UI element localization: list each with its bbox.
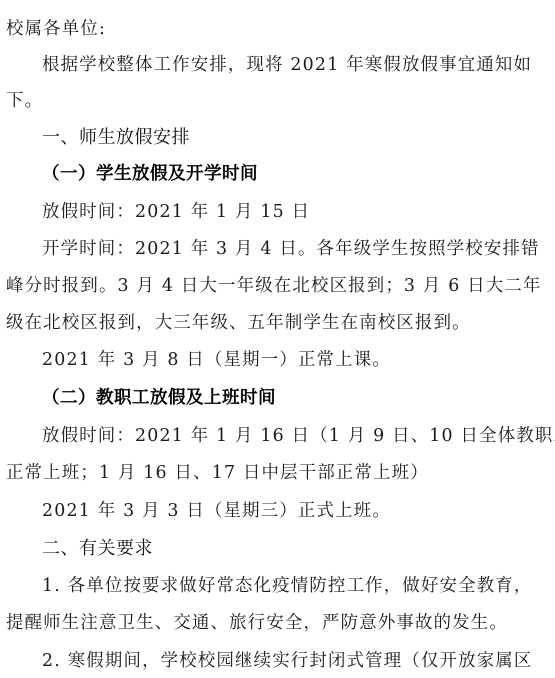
- classes-resume-date: 2021 年 3 月 8 日（星期一）正常上课。: [42, 349, 391, 371]
- student-start-line-3: 级在北校区报到，大三年级、五年制学生在南校区报到。: [6, 312, 471, 334]
- staff-work-date: 2021 年 3 月 3 日（星期三）正式上班。: [42, 500, 391, 522]
- student-start-line-1: 开学时间：2021 年 3 月 4 日。各年级学生按照学校安排错: [42, 238, 540, 260]
- intro-paragraph-line-1: 根据学校整体工作安排，现将 2021 年寒假放假事宜通知如: [42, 54, 532, 76]
- student-holiday-date: 放假时间：2021 年 1 月 15 日: [42, 201, 310, 223]
- section-1-heading: 一、师生放假安排: [42, 127, 190, 149]
- staff-holiday-line-1: 放假时间：2021 年 1 月 16 日（1 月 9 日、10 日全体教职工: [42, 425, 555, 447]
- intro-paragraph-line-2: 下。: [6, 90, 43, 112]
- subsection-1-heading: （一）学生放假及开学时间: [42, 163, 258, 185]
- requirement-1-line-1: 1. 各单位按要求做好常态化疫情防控工作，做好安全教育，: [42, 575, 533, 597]
- requirement-1-line-2: 提醒师生注意卫生、交通、旅行安全，严防意外事故的发生。: [6, 612, 508, 634]
- staff-holiday-line-2: 正常上班；1 月 16 日、17 日中层干部正常上班）: [6, 462, 429, 484]
- student-start-line-2: 峰分时报到。3 月 4 日大一年级在北校区报到；3 月 6 日大二年: [6, 275, 542, 297]
- requirement-2-line-1: 2. 寒假期间，学校校园继续实行封闭式管理（仅开放家属区: [42, 650, 533, 672]
- section-2-heading: 二、有关要求: [42, 538, 153, 560]
- salutation: 校属各单位:: [6, 18, 106, 40]
- subsection-2-heading: （二）教职工放假及上班时间: [42, 387, 276, 409]
